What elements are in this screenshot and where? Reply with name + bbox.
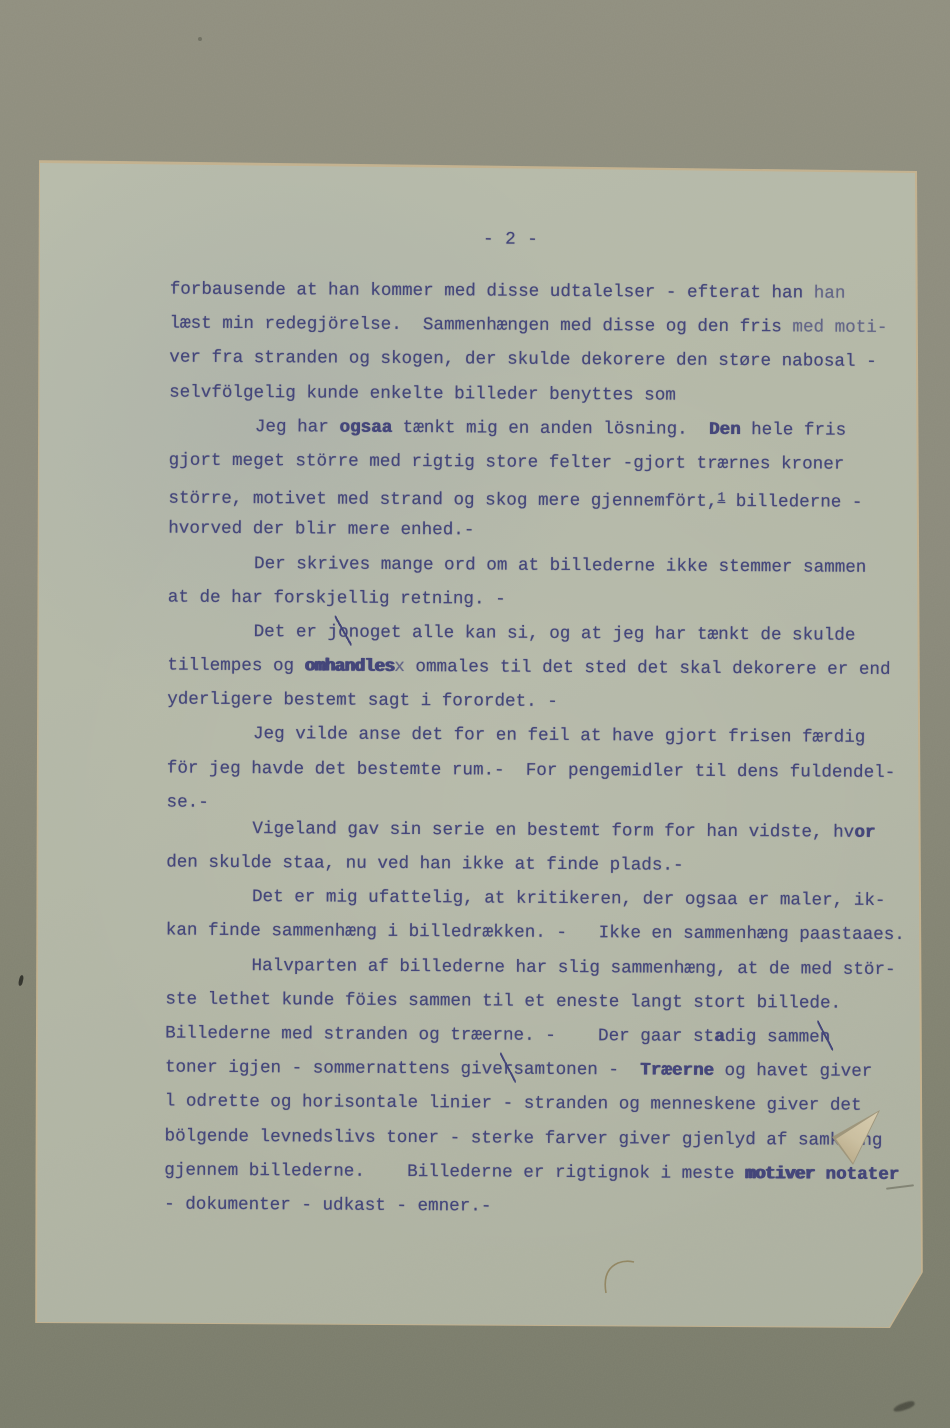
text-line: Der skrives mange ord om at billederne i… bbox=[168, 552, 928, 591]
text-line: Jeg har ogsaa tænkt mig en anden lösning… bbox=[169, 415, 929, 454]
text-line: gjort meget större med rigtig store felt… bbox=[169, 450, 929, 489]
text-line: tillempes og omhandlesx ommales til det … bbox=[167, 655, 927, 694]
text-line: toner igjen - sommernattens giversamtone… bbox=[165, 1057, 925, 1096]
ink-mark bbox=[18, 975, 24, 987]
text-line: Vigeland gav sin serie en bestemt form f… bbox=[166, 817, 926, 856]
text-line: bölgende levnedslivs toner - sterke farv… bbox=[164, 1125, 924, 1164]
text-line: yderligere bestemt sagt i forordet. - bbox=[167, 689, 927, 728]
text-line: större, motivet med strand og skog mere … bbox=[168, 484, 928, 523]
text-line: Billederne med stranden og træerne. - De… bbox=[165, 1022, 925, 1061]
page-number: - 2 - bbox=[483, 229, 538, 249]
text-line: för jeg havde det bestemte rum.- For pen… bbox=[167, 757, 927, 796]
smudge-mark bbox=[892, 1400, 915, 1413]
text-line: Halvparten af billederne har slig sammen… bbox=[165, 954, 925, 993]
text-line: ste lethet kunde föies sammen til et ene… bbox=[165, 988, 925, 1027]
text-line: Det er jonoget alle kan si, og at jeg ha… bbox=[167, 620, 927, 659]
text-line: selvfölgelig kunde enkelte billeder beny… bbox=[169, 381, 929, 420]
typewritten-text: forbausende at han kommer med disse udta… bbox=[164, 279, 930, 1233]
text-line: gjennem billederne. Billederne er rigtig… bbox=[164, 1159, 924, 1198]
text-line: hvorved der blir mere enhed.- bbox=[168, 518, 928, 557]
scan-background: - 2 - forbausende at han kommer med diss… bbox=[0, 0, 950, 1428]
text-line: forbausende at han kommer med disse udta… bbox=[170, 279, 930, 318]
text-line: at de har forskjellig retning. - bbox=[168, 586, 928, 625]
typewritten-layer: - 2 - forbausende at han kommer med diss… bbox=[30, 163, 921, 1332]
text-line: Det er mig ufattelig, at kritikeren, der… bbox=[166, 886, 926, 925]
text-line: Jeg vilde anse det for en feil at have g… bbox=[167, 723, 927, 762]
text-line: - dokumenter - udkast - emner.- bbox=[164, 1193, 924, 1232]
text-line: kan finde sammenhæng i billedrækken. - I… bbox=[166, 920, 926, 959]
text-line: læst min redegjörelse. Sammenhængen med … bbox=[169, 313, 929, 352]
text-line: ver fra stranden og skogen, der skulde d… bbox=[169, 347, 929, 386]
document-page: - 2 - forbausende at han kommer med diss… bbox=[37, 163, 921, 1327]
text-line: den skulde staa, nu ved han ikke at find… bbox=[166, 852, 926, 891]
text-line: l odrette og horisontale linier - strand… bbox=[165, 1091, 925, 1130]
speck-mark bbox=[198, 37, 202, 41]
